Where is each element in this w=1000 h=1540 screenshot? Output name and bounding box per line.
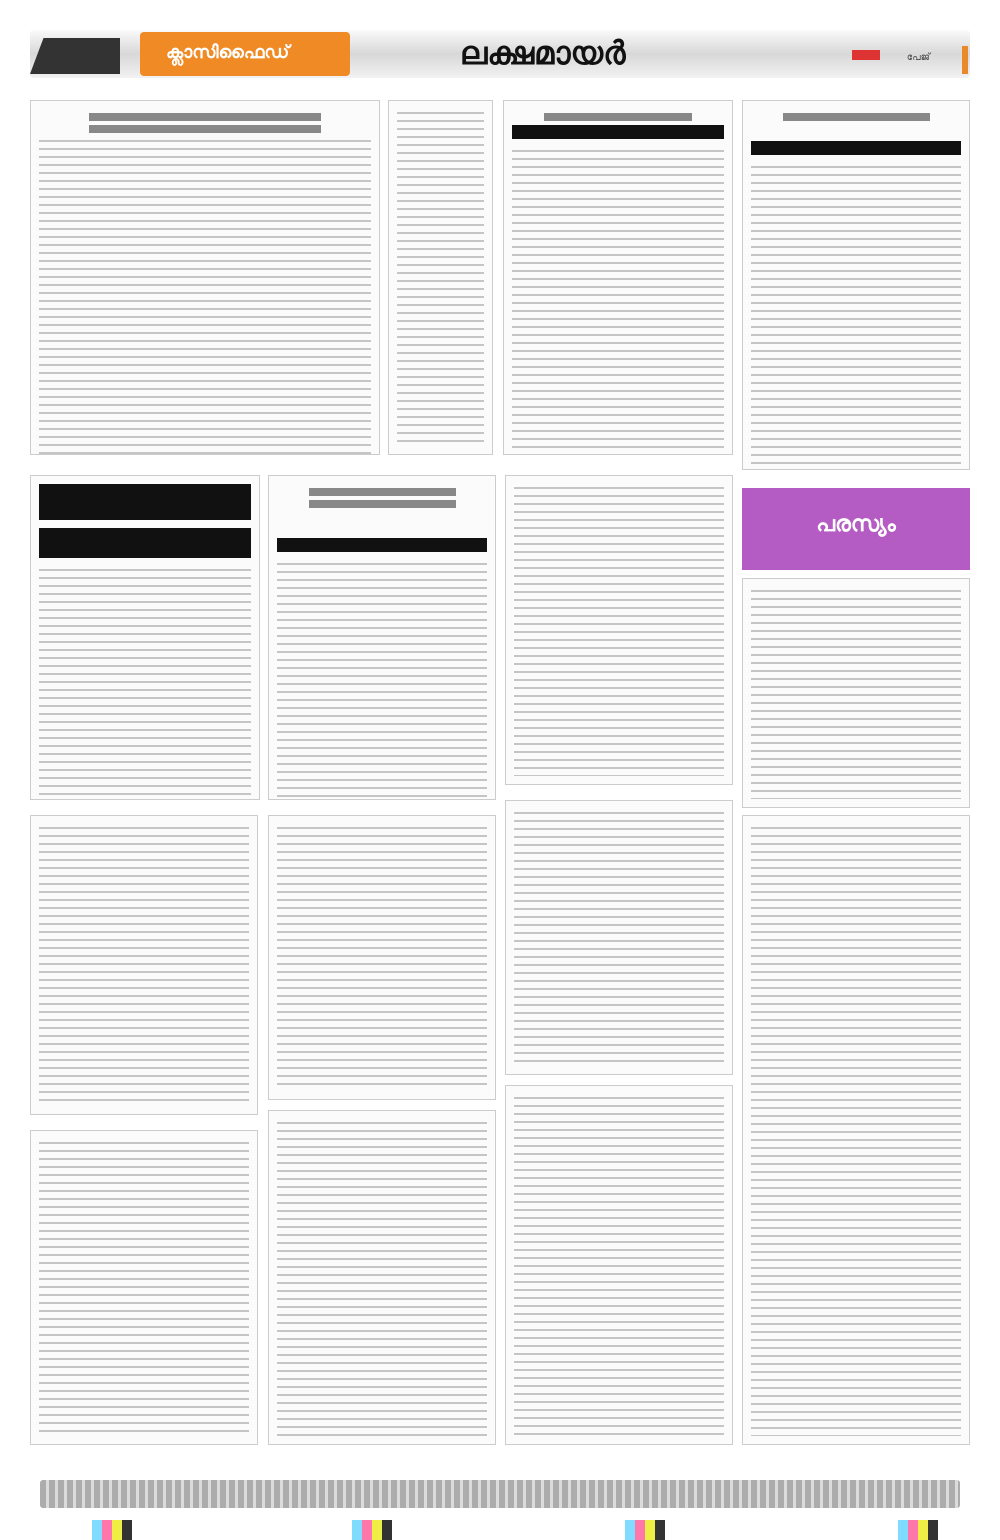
ad-block (388, 100, 493, 455)
ad-block (268, 815, 496, 1100)
ad-block (30, 1130, 258, 1445)
section-label: ക്ലാസിഫൈഡ് (140, 32, 350, 76)
masthead: ക്ലാസിഫൈഡ് ലക്ഷമായർ പേജ് (30, 30, 970, 78)
page-title: ലക്ഷമായർ (460, 34, 626, 73)
ad-block (505, 800, 733, 1075)
footer-strip (40, 1480, 960, 1508)
purple-ad: പരസ്യം (742, 488, 970, 570)
page-number: പേജ് (907, 52, 930, 63)
color-registration-mark (352, 1520, 392, 1540)
ad-block (503, 100, 733, 455)
color-registration-mark (92, 1520, 132, 1540)
ad-block (742, 578, 970, 808)
ad-block (30, 475, 260, 800)
ad-block (505, 475, 733, 785)
ad-block (30, 100, 380, 455)
ad-block (742, 815, 970, 1445)
ad-block (742, 100, 970, 470)
masthead-red-mark (852, 50, 880, 60)
ad-block (268, 475, 496, 800)
ad-block (505, 1085, 733, 1445)
masthead-orange-bar (962, 46, 968, 74)
ad-block (30, 815, 258, 1115)
masthead-dark-tab (30, 38, 120, 74)
color-registration-mark (898, 1520, 938, 1540)
ad-block (268, 1110, 496, 1445)
color-registration-mark (625, 1520, 665, 1540)
